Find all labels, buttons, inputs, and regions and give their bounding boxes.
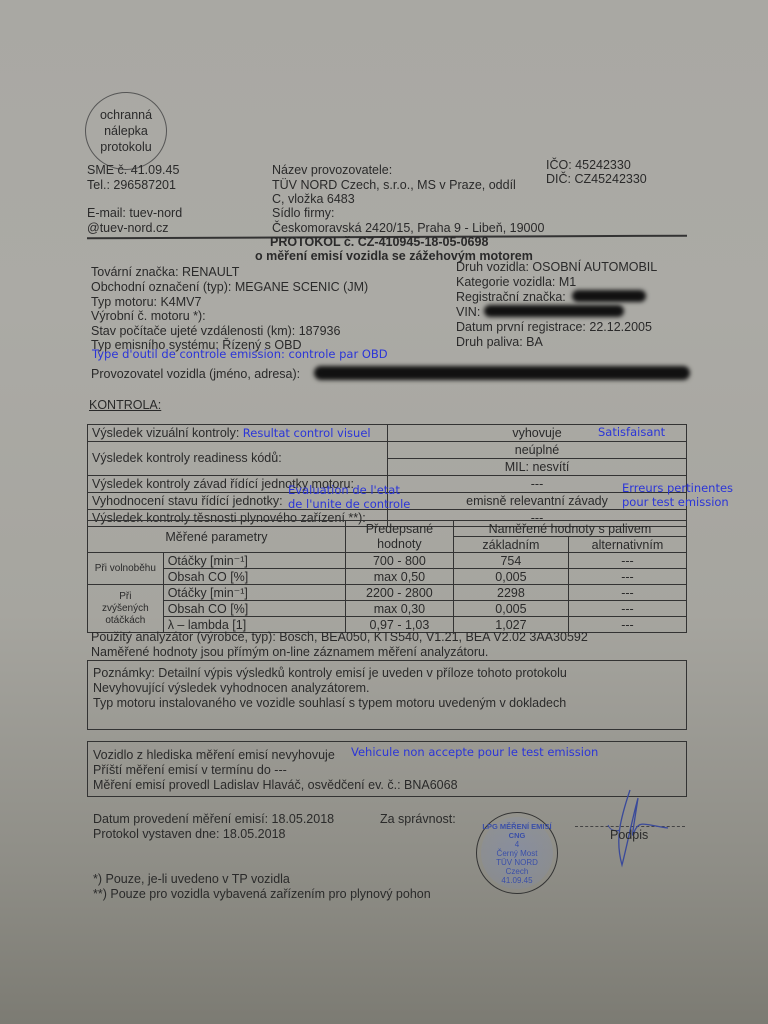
issued-date: Protokol vystaven dne: 18.05.2018: [93, 827, 286, 842]
param: Otáčky [min⁻¹]: [163, 553, 345, 569]
param: Obsah CO [%]: [163, 601, 345, 617]
basic: 0,005: [453, 569, 568, 585]
seat-address: Českomoravská 2420/15, Praha 9 - Libeň, …: [272, 221, 544, 236]
header-measured: Naměřené hodnoty s palivem: [453, 521, 686, 537]
annotation-errors-1: Erreurs pertinentes: [622, 482, 733, 495]
prescribed: max 0,50: [345, 569, 453, 585]
annotation-errors-2: pour test emission: [622, 496, 729, 509]
engine-serial: Výrobní č. motoru *):: [91, 309, 206, 324]
measurement-date: Datum provedení měření emisí: 18.05.2018: [93, 812, 334, 827]
group-label: Při volnoběhu: [88, 553, 164, 585]
registration-plate: Registrační značka:: [456, 290, 566, 305]
table-row: Při volnoběhu Otáčky [min⁻¹] 700 - 800 7…: [88, 553, 687, 569]
table-row: Obsah CO [%] max 0,30 0,005 ---: [88, 601, 687, 617]
header-basic: základním: [453, 537, 568, 553]
operator-name: TÜV NORD Czech, s.r.o., MS v Praze, oddí…: [272, 178, 516, 193]
header-params: Měřené parametry: [88, 521, 346, 553]
annotation-satisfactory: Satisfaisant: [598, 426, 665, 439]
official-stamp: LPG MĚŘENÍ EMISÍ CNG 4 Černý Most TÜV NO…: [476, 812, 558, 894]
redacted-operator: [314, 366, 690, 380]
alternative: ---: [568, 553, 686, 569]
protocol-number: PROTOKOL č. CZ-410945-18-05-0698: [270, 235, 488, 250]
redacted-registration: [572, 290, 646, 302]
control-value: vyhovuje Satisfaisant: [388, 425, 687, 442]
alternative: ---: [568, 601, 686, 617]
operator-label: Název provozovatele:: [272, 163, 392, 178]
alternative: ---: [568, 569, 686, 585]
sticker-line: protokolu: [100, 139, 151, 155]
performed-by: Měření emisí provedl Ladislav Hlaváč, os…: [93, 778, 458, 793]
kontrola-heading: KONTROLA:: [89, 398, 161, 413]
prescribed: max 0,30: [345, 601, 453, 617]
seat-label: Sídlo firmy:: [272, 206, 335, 221]
prescribed: 2200 - 2800: [345, 585, 453, 601]
control-value: MIL: nesvítí: [388, 459, 687, 476]
footnote-1: *) Pouze, je-li uvedeno v TP vozidla: [93, 872, 290, 887]
table-row: Měřené parametry Předepsané hodnoty Namě…: [88, 521, 687, 537]
stamp-code: 41.09.45: [501, 876, 532, 885]
table-row: Při zvýšených otáčkách Otáčky [min⁻¹] 22…: [88, 585, 687, 601]
control-label: Výsledek vizuální kontroly: Resultat con…: [88, 425, 388, 442]
note-line: Typ motoru instalovaného ve vozidle souh…: [93, 696, 566, 711]
verdict-result: Vozidlo z hlediska měření emisí nevyhovu…: [93, 748, 335, 763]
basic: 754: [453, 553, 568, 569]
analyzer-info: Použitý analyzátor (výrobce, typ): Bosch…: [91, 630, 588, 645]
email-line-2: @tuev-nord.cz: [87, 221, 168, 236]
stamp-number: 4: [515, 840, 519, 849]
table-row: Obsah CO [%] max 0,50 0,005 ---: [88, 569, 687, 585]
stamp-line: TÜV NORD: [496, 858, 538, 867]
email-line-1: E-mail: tuev-nord: [87, 206, 182, 221]
annotation-not-accepted: Vehicule non accepte pour le test emissi…: [351, 746, 598, 759]
sticker-line: nálepka: [104, 123, 148, 139]
first-registration: Datum první registrace: 22.12.2005: [456, 320, 652, 335]
annotation-ecu-eval-1: Evaluation de l'etat: [288, 484, 400, 497]
annotation-ecu-eval-2: de l'unite de controle: [288, 498, 410, 511]
measurements-table: Měřené parametry Předepsané hodnoty Namě…: [87, 520, 687, 633]
alternative: ---: [568, 585, 686, 601]
stamp-ring-text: LPG MĚŘENÍ EMISÍ CNG: [481, 822, 553, 840]
basic: 2298: [453, 585, 568, 601]
fuel-type: Druh paliva: BA: [456, 335, 543, 350]
table-row: Výsledek vizuální kontroly: Resultat con…: [88, 425, 687, 442]
redacted-vin: [484, 305, 624, 317]
note-line: Poznámky: Detailní výpis výsledků kontro…: [93, 666, 567, 681]
vehicle-category: Kategorie vozidla: M1: [456, 275, 576, 290]
note-line: Nevyhovující výsledek vyhodnocen analyzá…: [93, 681, 370, 696]
annotation-emission-system: Type d'outil de controle emission: contr…: [92, 348, 388, 361]
odometer: Stav počítače ujeté vzdálenosti (km): 18…: [91, 324, 340, 339]
header-alternative: alternativním: [568, 537, 686, 553]
online-record-note: Naměřené hodnoty jsou přímým on-line záz…: [91, 645, 488, 660]
phone: Tel.: 296587201: [87, 178, 176, 193]
sticker-line: ochranná: [100, 107, 152, 123]
control-results-table: Výsledek vizuální kontroly: Resultat con…: [87, 424, 687, 527]
correctness-label: Za správnost:: [380, 812, 456, 827]
stamp-line: Černý Most: [497, 849, 538, 858]
param: Obsah CO [%]: [163, 569, 345, 585]
sme-number: SME č. 41.09.45: [87, 163, 179, 178]
control-value: neúplné: [388, 442, 687, 459]
table-row: Výsledek kontroly readiness kódů: neúpln…: [88, 442, 687, 459]
next-measurement: Příští měření emisí v termínu do ---: [93, 763, 287, 778]
stamp-line: Czech: [506, 867, 529, 876]
param: Otáčky [min⁻¹]: [163, 585, 345, 601]
engine-type: Typ motoru: K4MV7: [91, 295, 201, 310]
vin: VIN:: [456, 305, 480, 320]
stamp-content: LPG MĚŘENÍ EMISÍ CNG 4 Černý Most TÜV NO…: [481, 817, 553, 889]
basic: 0,005: [453, 601, 568, 617]
vehicle-kind: Druh vozidla: OSOBNÍ AUTOMOBIL: [456, 260, 657, 275]
signature-icon: [590, 770, 670, 880]
header-prescribed: Předepsané hodnoty: [345, 521, 453, 553]
vehicle-make: Tovární značka: RENAULT: [91, 265, 239, 280]
control-label: Výsledek kontroly readiness kódů:: [88, 442, 388, 476]
operator-registry: C, vložka 6483: [272, 192, 355, 207]
dic: DIČ: CZ45242330: [546, 172, 647, 187]
signature-label: Podpis: [610, 828, 648, 843]
group-label: Při zvýšených otáčkách: [88, 585, 164, 633]
vehicle-operator-label: Provozovatel vozidla (jméno, adresa):: [91, 367, 300, 382]
protective-sticker-placeholder: ochranná nálepka protokolu: [85, 92, 167, 170]
prescribed: 700 - 800: [345, 553, 453, 569]
footnote-2: **) Pouze pro vozidla vybavená zařízením…: [93, 887, 431, 902]
ico: IČO: 45242330: [546, 158, 631, 173]
vehicle-model: Obchodní označení (typ): MEGANE SCENIC (…: [91, 280, 368, 295]
annotation-visual: Resultat control visuel: [243, 426, 371, 440]
